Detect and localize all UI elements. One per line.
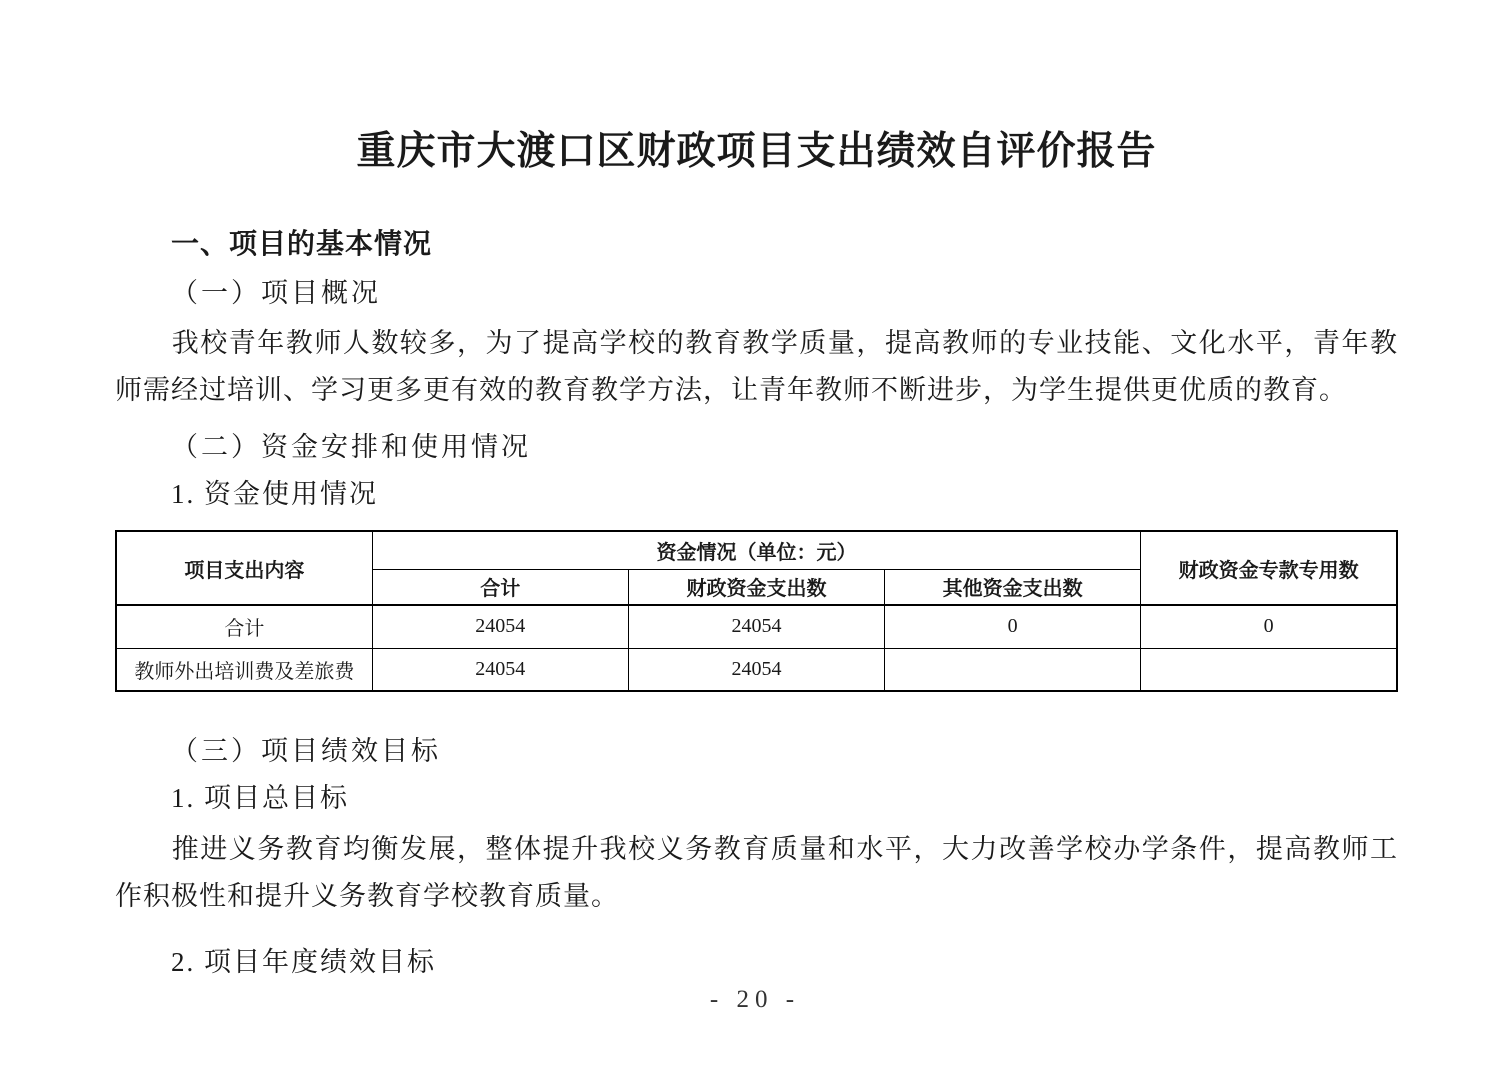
section-1-3-heading: （三）项目绩效目标 <box>171 734 1398 768</box>
cell-fiscal: 24054 <box>628 648 884 691</box>
section-1-2-heading: （二）资金安排和使用情况 <box>171 430 1398 464</box>
table-header-fiscal-expense: 财政资金支出数 <box>628 569 884 605</box>
document-page: 重庆市大渡口区财政项目支出绩效自评价报告 一、项目的基本情况 （一）项目概况 我… <box>0 0 1510 1075</box>
table-header-other-expense: 其他资金支出数 <box>885 569 1141 605</box>
cell-item: 教师外出培训费及差旅费 <box>116 648 372 691</box>
cell-special <box>1141 648 1397 691</box>
page-number: - 20 - <box>0 986 1510 1014</box>
annual-goal-subheading: 2. 项目年度绩效目标 <box>171 944 1398 980</box>
cell-item: 合计 <box>116 605 372 648</box>
section-1-1-heading: （一）项目概况 <box>171 276 1398 310</box>
cell-fiscal: 24054 <box>628 605 884 648</box>
funds-usage-table: 项目支出内容 资金情况（单位：元） 财政资金专款专用数 合计 财政资金支出数 其… <box>115 530 1398 692</box>
cell-total: 24054 <box>372 605 628 648</box>
cell-other: 0 <box>885 605 1141 648</box>
section-1-heading: 一、项目的基本情况 <box>171 228 1398 260</box>
table-header-funds-group: 资金情况（单位：元） <box>372 531 1141 569</box>
funds-usage-subheading: 1. 资金使用情况 <box>171 476 1398 512</box>
cell-other <box>885 648 1141 691</box>
project-overview-paragraph: 我校青年教师人数较多，为了提高学校的教育教学质量，提高教师的专业技能、文化水平，… <box>115 320 1398 414</box>
cell-total: 24054 <box>372 648 628 691</box>
table-header-special-funds: 财政资金专款专用数 <box>1141 531 1397 605</box>
table-header-expense-item: 项目支出内容 <box>116 531 372 605</box>
spacer <box>115 692 1398 718</box>
document-body: 重庆市大渡口区财政项目支出绩效自评价报告 一、项目的基本情况 （一）项目概况 我… <box>0 0 1510 980</box>
table-header-total: 合计 <box>372 569 628 605</box>
report-title: 重庆市大渡口区财政项目支出绩效自评价报告 <box>115 128 1398 176</box>
overall-goal-paragraph: 推进义务教育均衡发展，整体提升我校义务教育质量和水平，大力改善学校办学条件，提高… <box>115 826 1398 920</box>
overall-goal-subheading: 1. 项目总目标 <box>171 780 1398 816</box>
table-row-training-travel: 教师外出培训费及差旅费 24054 24054 <box>116 648 1397 691</box>
cell-special: 0 <box>1141 605 1397 648</box>
table-row-total: 合计 24054 24054 0 0 <box>116 605 1397 648</box>
